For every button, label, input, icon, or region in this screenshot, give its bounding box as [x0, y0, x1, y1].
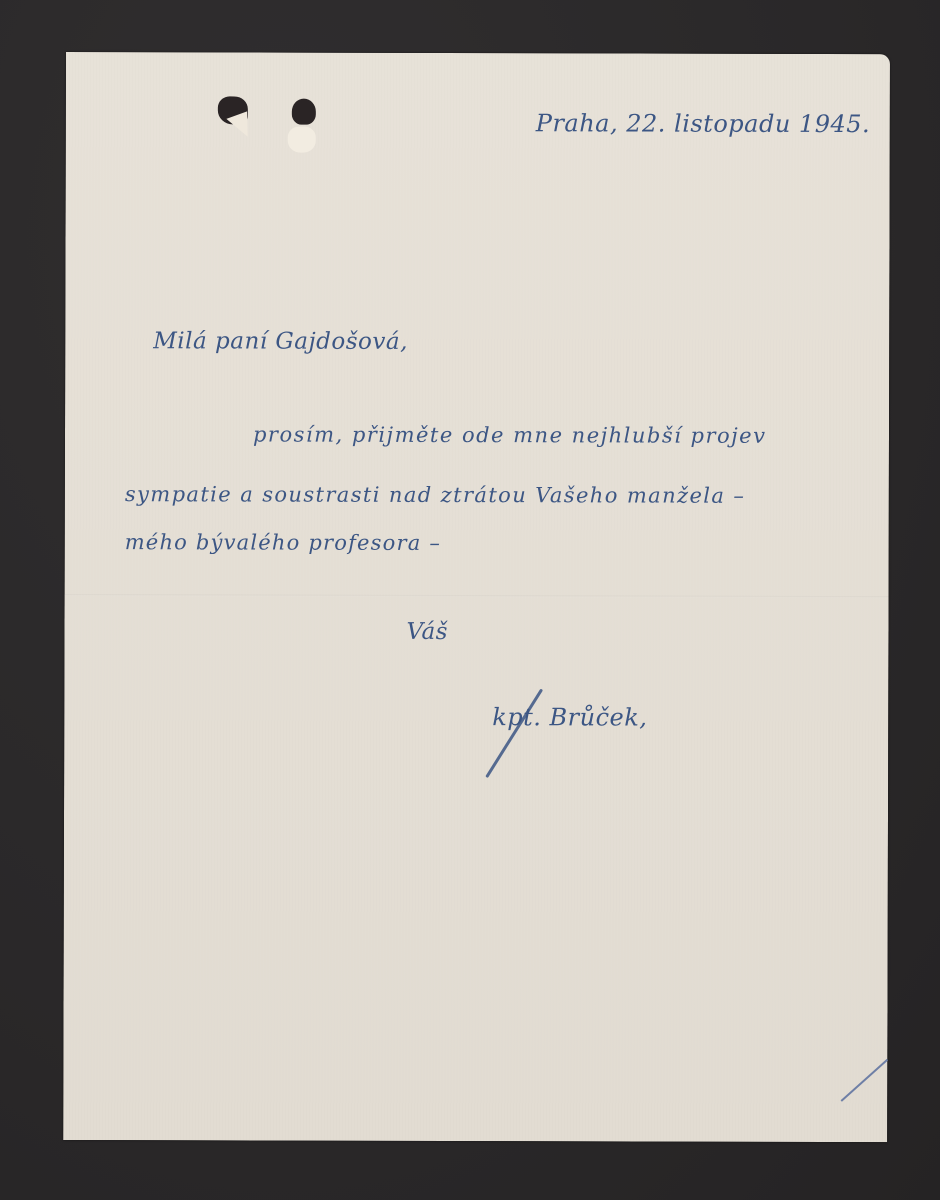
signature: kpt. Brůček, — [492, 703, 647, 731]
salutation: Milá paní Gajdošová, — [153, 328, 408, 355]
pencil-corner-mark — [841, 1059, 889, 1102]
fold-line — [65, 594, 889, 598]
body-line: mého bývalého profesora – — [125, 530, 441, 555]
date-line: Praha, 22. listopadu 1945. — [536, 109, 870, 138]
body-line: sympatie a soustrasti nad ztrátou Vašeho… — [125, 482, 746, 508]
body-line: prosím, přijměte ode mne nejhlubší proje… — [253, 422, 767, 447]
punch-hole-right — [292, 99, 316, 125]
letter-sheet: Praha, 22. listopadu 1945. Milá paní Gaj… — [63, 52, 890, 1142]
torn-paper-flap-right — [288, 127, 316, 153]
signature-flourish — [485, 688, 543, 778]
closing: Váš — [406, 619, 448, 645]
